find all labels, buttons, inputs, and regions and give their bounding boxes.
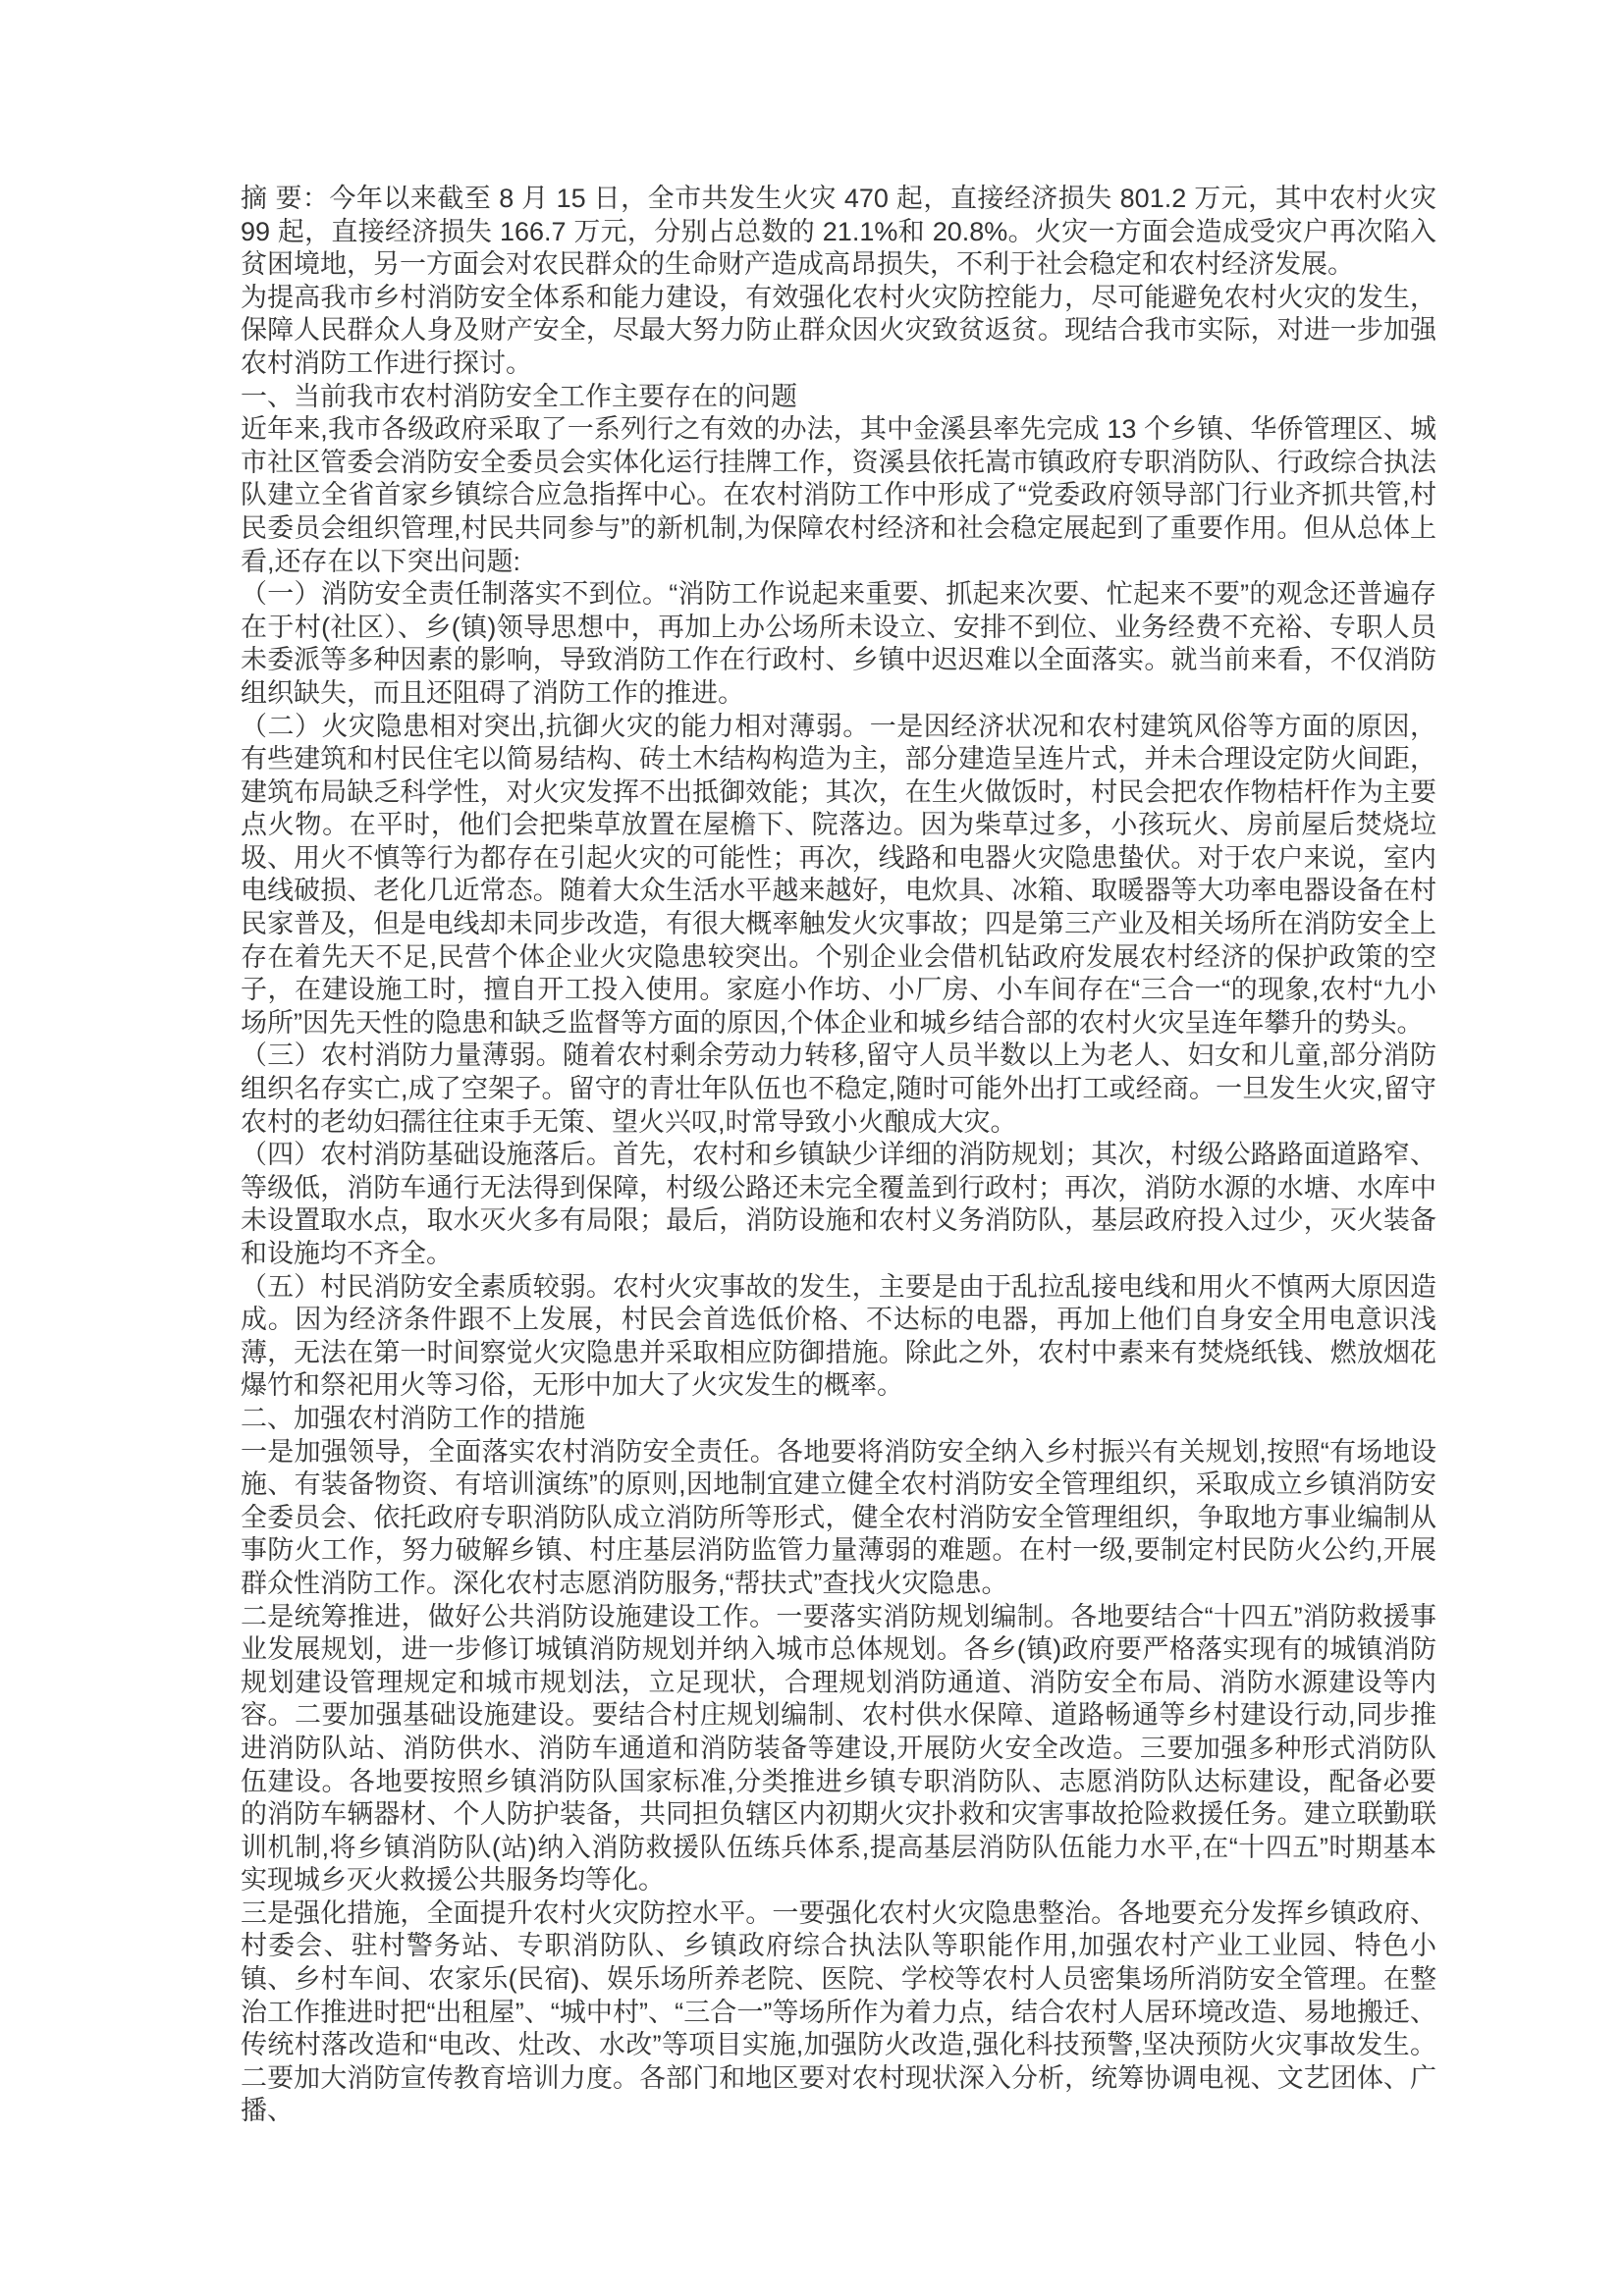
- document-body: 摘 要：今年以来截至 8 月 15 日，全市共发生火灾 470 起，直接经济损失…: [241, 183, 1436, 2128]
- paragraph: 为提高我市乡村消防安全体系和能力建设，有效强化农村火灾防控能力，尽可能避免农村火…: [241, 282, 1436, 381]
- paragraph: （三）农村消防力量薄弱。随着农村剩余劳动力转移,留守人员半数以上为老人、妇女和儿…: [241, 1040, 1436, 1139]
- paragraph: 近年来,我市各级政府采取了一系列行之有效的办法，其中金溪县率先完成 13 个乡镇…: [241, 413, 1436, 578]
- paragraph: （五）村民消防安全素质较弱。农村火灾事故的发生，主要是由于乱拉乱接电线和用火不慎…: [241, 1271, 1436, 1403]
- paragraph: （二）火灾隐患相对突出,抗御火灾的能力相对薄弱。一是因经济状况和农村建筑风俗等方…: [241, 711, 1436, 1041]
- section-heading: 二、加强农村消防工作的措施: [241, 1403, 1436, 1436]
- paragraph: （一）消防安全责任制落实不到位。“消防工作说起来重要、抓起来次要、忙起来不要”的…: [241, 578, 1436, 710]
- paragraph: （四）农村消防基础设施落后。首先，农村和乡镇缺少详细的消防规划；其次，村级公路路…: [241, 1139, 1436, 1270]
- paragraph: 二是统筹推进，做好公共消防设施建设工作。一要落实消防规划编制。各地要结合“十四五…: [241, 1601, 1436, 1897]
- section-heading: 一、当前我市农村消防安全工作主要存在的问题: [241, 381, 1436, 414]
- paragraph: 摘 要：今年以来截至 8 月 15 日，全市共发生火灾 470 起，直接经济损失…: [241, 183, 1436, 282]
- paragraph: 一是加强领导，全面落实农村消防安全责任。各地要将消防安全纳入乡村振兴有关规划,按…: [241, 1436, 1436, 1601]
- document-page: 摘 要：今年以来截至 8 月 15 日，全市共发生火灾 470 起，直接经济损失…: [0, 0, 1624, 2296]
- paragraph: 三是强化措施，全面提升农村火灾防控水平。一要强化农村火灾隐患整治。各地要充分发挥…: [241, 1897, 1436, 2128]
